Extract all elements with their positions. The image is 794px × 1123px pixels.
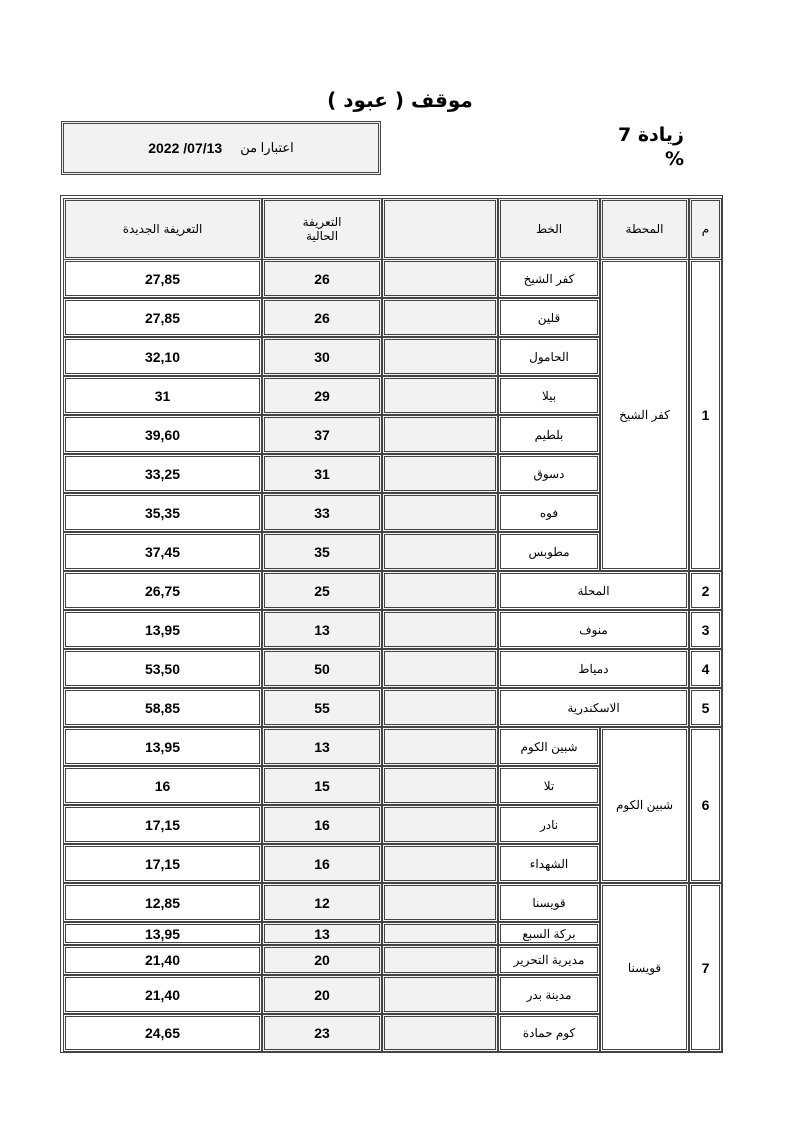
line-name: شبين الكوم: [498, 727, 600, 766]
new-fare: 13,95: [63, 922, 262, 945]
blank-cell: [382, 376, 498, 415]
increase-note: زيادة 7 %: [600, 123, 684, 171]
blank-cell: [382, 493, 498, 532]
current-fare: 26: [262, 259, 382, 298]
blank-cell: [382, 975, 498, 1014]
current-fare: 37: [262, 415, 382, 454]
blank-cell: [382, 922, 498, 945]
new-fare: 21,40: [63, 975, 262, 1014]
current-fare: 13: [262, 922, 382, 945]
new-fare: 32,10: [63, 337, 262, 376]
increase-line-2: %: [600, 147, 684, 171]
blank-cell: [382, 337, 498, 376]
line-name: بيلا: [498, 376, 600, 415]
new-fare: 13,95: [63, 610, 262, 649]
blank-cell: [382, 298, 498, 337]
line-name: كفر الشيخ: [498, 259, 600, 298]
increase-line-1: زيادة 7: [600, 123, 684, 147]
header-station: المحطة: [600, 198, 689, 260]
group-index: 5: [689, 688, 722, 727]
current-fare: 20: [262, 945, 382, 975]
new-fare: 21,40: [63, 945, 262, 975]
line-name: بلطيم: [498, 415, 600, 454]
group-index: 4: [689, 649, 722, 688]
group-station: شبين الكوم: [600, 727, 689, 883]
line-name: نادر: [498, 805, 600, 844]
new-fare: 39,60: [63, 415, 262, 454]
current-fare: 13: [262, 727, 382, 766]
line-name: مدينة بدر: [498, 975, 600, 1014]
new-fare: 37,45: [63, 532, 262, 571]
current-fare: 55: [262, 688, 382, 727]
current-fare: 25: [262, 571, 382, 610]
new-fare: 24,65: [63, 1014, 262, 1052]
group-index: 3: [689, 610, 722, 649]
line-name: الحامول: [498, 337, 600, 376]
new-fare: 12,85: [63, 883, 262, 922]
current-fare: 33: [262, 493, 382, 532]
line-name: تلا: [498, 766, 600, 805]
new-fare: 33,25: [63, 454, 262, 493]
current-fare: 15: [262, 766, 382, 805]
blank-cell: [382, 727, 498, 766]
current-fare: 16: [262, 805, 382, 844]
effective-date-label: اعتبارا من: [240, 140, 294, 156]
fare-table: م المحطة الخط التعريفة الحالية التعريفة …: [60, 195, 723, 1053]
new-fare: 27,85: [63, 259, 262, 298]
current-fare: 31: [262, 454, 382, 493]
group-station: منوف: [498, 610, 689, 649]
effective-date-box: 2022 /07/13 اعتبارا من: [61, 121, 381, 175]
blank-cell: [382, 805, 498, 844]
current-fare: 50: [262, 649, 382, 688]
blank-cell: [382, 1014, 498, 1052]
current-fare: 30: [262, 337, 382, 376]
line-name: دسوق: [498, 454, 600, 493]
group-station: المحلة: [498, 571, 689, 610]
current-fare: 12: [262, 883, 382, 922]
group-index: 6: [689, 727, 722, 883]
new-fare: 27,85: [63, 298, 262, 337]
group-index: 1: [689, 259, 722, 571]
effective-date: 2022 /07/13: [148, 140, 222, 156]
new-fare: 17,15: [63, 844, 262, 883]
header-blank: [382, 198, 498, 260]
blank-cell: [382, 415, 498, 454]
current-fare: 20: [262, 975, 382, 1014]
new-fare: 53,50: [63, 649, 262, 688]
blank-cell: [382, 844, 498, 883]
new-fare: 58,85: [63, 688, 262, 727]
blank-cell: [382, 766, 498, 805]
current-fare: 26: [262, 298, 382, 337]
line-name: الشهداء: [498, 844, 600, 883]
current-fare: 23: [262, 1014, 382, 1052]
blank-cell: [382, 945, 498, 975]
group-index: 7: [689, 883, 722, 1052]
header-index: م: [689, 198, 722, 260]
current-fare: 13: [262, 610, 382, 649]
blank-cell: [382, 649, 498, 688]
group-station: كفر الشيخ: [600, 259, 689, 571]
new-fare: 35,35: [63, 493, 262, 532]
new-fare: 31: [63, 376, 262, 415]
current-fare: 16: [262, 844, 382, 883]
blank-cell: [382, 610, 498, 649]
header-line: الخط: [498, 198, 600, 260]
line-name: مديرية التحرير: [498, 945, 600, 975]
header-new-fare: التعريفة الجديدة: [63, 198, 262, 260]
line-name: بركة السبع: [498, 922, 600, 945]
group-station: الاسكندرية: [498, 688, 689, 727]
new-fare: 26,75: [63, 571, 262, 610]
line-name: كوم حمادة: [498, 1014, 600, 1052]
blank-cell: [382, 883, 498, 922]
page-title: موقف ( عبود ): [290, 88, 510, 112]
group-station: قويسنا: [600, 883, 689, 1052]
new-fare: 13,95: [63, 727, 262, 766]
blank-cell: [382, 454, 498, 493]
blank-cell: [382, 571, 498, 610]
group-index: 2: [689, 571, 722, 610]
blank-cell: [382, 532, 498, 571]
current-fare: 29: [262, 376, 382, 415]
header-current-fare: التعريفة الحالية: [262, 198, 382, 260]
new-fare: 16: [63, 766, 262, 805]
line-name: فوه: [498, 493, 600, 532]
current-fare: 35: [262, 532, 382, 571]
group-station: دمياط: [498, 649, 689, 688]
line-name: مطوبس: [498, 532, 600, 571]
blank-cell: [382, 259, 498, 298]
line-name: قويسنا: [498, 883, 600, 922]
blank-cell: [382, 688, 498, 727]
new-fare: 17,15: [63, 805, 262, 844]
line-name: قلين: [498, 298, 600, 337]
